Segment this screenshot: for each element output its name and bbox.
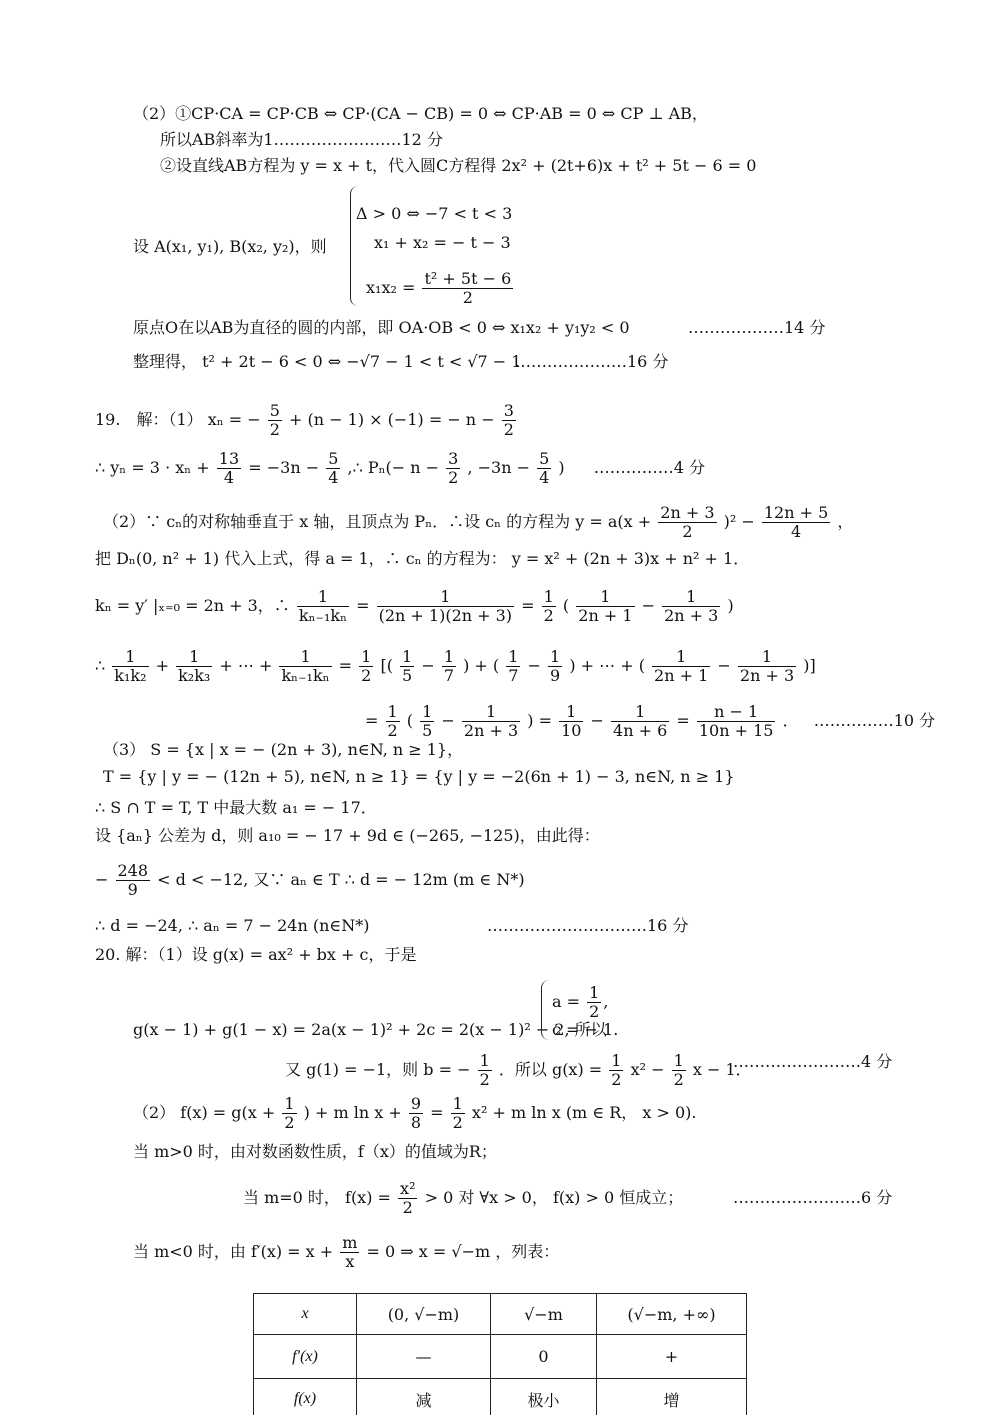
q19-yn: ∴ yₙ = 3 · xₙ + <box>95 458 210 477</box>
frac: 2489 <box>116 862 151 899</box>
frac-num: 9 <box>409 1095 423 1114</box>
frac-den: 2 <box>282 1114 296 1132</box>
table-cell: (√−m, +∞) <box>597 1294 747 1335</box>
frac-num: 1 <box>112 648 148 667</box>
frac-den: x <box>340 1253 359 1271</box>
q19-p3-line4: 设 {aₙ} 公差为 d，则 a₁₀ = − 17 + 9d ∈ (−265, … <box>95 826 600 846</box>
frac-num: m <box>340 1234 359 1253</box>
q19-p3-line2: T = {y | y = − (12n + 5), n∈N, n ≥ 1} = … <box>103 767 735 787</box>
expr: ) + ( <box>463 656 499 675</box>
frac-den: 7 <box>442 667 456 685</box>
q20-header: 20. 解：（1）设 g(x) = ax² + bx + c，于是 <box>95 945 417 965</box>
table-cell: 减 <box>357 1379 491 1415</box>
expr: ∴ <box>95 656 105 675</box>
frac-den: 9 <box>548 667 562 685</box>
expr: − <box>95 870 108 889</box>
frac-den: 2 <box>359 667 373 685</box>
q19-line2: ∴ yₙ = 3 · xₙ + 134 = −3n − 54 ,∴ Pₙ(− n… <box>95 450 705 487</box>
table-cell: 极小 <box>491 1379 597 1415</box>
frac-den: 4 <box>537 469 551 487</box>
frac-num: 1 <box>478 1052 492 1071</box>
q19-p3-line6: ∴ d = −24, ∴ aₙ = 7 − 24n (n∈N*) <box>95 916 369 936</box>
q18-p2-line5: 原点O在以AB为直径的圆的内部，即 OA·OB < 0 ⇔ x₁x₂ + y₁y… <box>133 318 630 338</box>
expr: ． <box>783 711 799 730</box>
frac-den: 2 <box>609 1071 623 1089</box>
q19-header: 19. 解：（1） <box>95 410 203 429</box>
table-cell: √−m <box>491 1294 597 1335</box>
frac: 54 <box>537 450 551 487</box>
frac-num: 1 <box>462 703 520 722</box>
expr: 当 m<0 时，由 f′(x) = x + <box>133 1242 333 1261</box>
frac-den: 2n + 3 <box>662 607 720 625</box>
frac-den: 2 <box>398 1199 417 1217</box>
q18-p2-line1: （2）①CP·CA = CP·CB ⇔ CP·(CA − CB) = 0 ⇔ C… <box>133 104 708 124</box>
frac: 15 <box>420 703 434 740</box>
expr: ) + m ln x + <box>304 1103 402 1122</box>
frac: 1k₂k₃ <box>176 648 212 685</box>
q20-score-6: ……………………6 分 <box>733 1188 892 1208</box>
expr: （2） f(x) = g(x + <box>133 1103 275 1122</box>
q20-score-4: ……………………4 分 <box>733 1052 892 1072</box>
q20-sys-a: a = 12, <box>552 984 608 1021</box>
frac: 2n + 32 <box>658 504 716 541</box>
frac-num: 5 <box>537 450 551 469</box>
expr: < d < −12, 又∵ aₙ ∈ T ∴ d = − 12m (m ∈ N*… <box>157 870 524 889</box>
q20-system-brace <box>541 980 550 1040</box>
frac: 12 <box>609 1052 623 1089</box>
frac-den: 2 <box>451 1114 465 1132</box>
expr: ， <box>837 512 853 531</box>
q20-p2-line1: （2） f(x) = g(x + 12 ) + m ln x + 98 = 12… <box>133 1095 697 1132</box>
frac-den: (2n + 1)(2n + 3) <box>377 607 514 625</box>
expr: + <box>156 656 169 675</box>
q19-p2-line2: 把 Dₙ(0, n² + 1) 代入上式，得 a = 1，∴ cₙ 的方程为： … <box>95 549 749 569</box>
frac-num: 1 <box>297 588 349 607</box>
q18-p2-line4-prefix: 设 A(x₁, y₁), B(x₂, y₂)，则 <box>133 237 327 257</box>
frac-num: 1 <box>662 588 720 607</box>
q19-xn: xₙ = − <box>208 410 261 429</box>
table-row: f′(x) — 0 + <box>254 1335 747 1379</box>
frac: 12 <box>359 648 373 685</box>
expr: , <box>603 992 608 1011</box>
frac-num: 1 <box>451 1095 465 1114</box>
expr: ) <box>727 596 733 615</box>
q20-p2-line2: 当 m>0 时，由对数函数性质，f（x）的值域为R； <box>133 1142 497 1162</box>
q20-p2-line3: 当 m=0 时， f(x) = x²2 > 0 对 ∀x > 0， f(x) >… <box>243 1180 683 1217</box>
frac-den: 4n + 6 <box>611 722 669 740</box>
frac: 12n + 3 <box>662 588 720 625</box>
expr: （2）∵ cₙ的对称轴垂直于 x 轴，且顶点为 Pₙ．∴设 cₙ 的方程为 y … <box>103 512 651 531</box>
frac: 12 <box>672 1052 686 1089</box>
frac: 54 <box>326 450 340 487</box>
frac-num: 5 <box>326 450 340 469</box>
frac: 110 <box>559 703 583 740</box>
frac: 52 <box>268 402 282 439</box>
table-cell: 0 <box>491 1335 597 1379</box>
q18-p2-line2: 所以AB斜率为1……………………12 分 <box>160 130 443 150</box>
frac-den: 2 <box>478 1071 492 1089</box>
expr: kₙ = y′ |ₓ₌₀ = 2n + 3，∴ <box>95 596 290 615</box>
frac: 12n + 1 <box>576 588 634 625</box>
expr: = −3n − <box>248 458 319 477</box>
q20-sys-c: c = − 1. <box>552 1020 618 1039</box>
frac-den: k₁k₂ <box>112 667 148 685</box>
monotonicity-table: x (0, √−m) √−m (√−m, +∞) f′(x) — 0 + f(x… <box>253 1293 747 1415</box>
frac-den: 10n + 15 <box>697 722 776 740</box>
expr: − <box>591 711 604 730</box>
table-cell: f′(x) <box>254 1335 357 1379</box>
expr: = <box>365 711 378 730</box>
frac-num: 1 <box>587 984 601 1003</box>
table-cell: (0, √−m) <box>357 1294 491 1335</box>
q20-line2: g(x − 1) + g(1 − x) = 2a(x − 1)² + 2c = … <box>133 1020 607 1040</box>
frac-den: 2 <box>422 289 513 307</box>
frac-den: 2 <box>542 607 556 625</box>
frac: 12 <box>587 984 601 1021</box>
frac-den: 2 <box>502 421 516 439</box>
expr: 又 g(1) = −1，则 b = − <box>285 1060 470 1079</box>
frac-den: 4 <box>762 523 830 541</box>
frac-num: 1 <box>672 1052 686 1071</box>
frac-den: 5 <box>400 667 414 685</box>
frac-den: 2 <box>268 421 282 439</box>
frac-num: 1 <box>576 588 634 607</box>
frac-num: t² + 5t − 6 <box>422 270 513 289</box>
frac-den: 2n + 1 <box>652 667 710 685</box>
frac-num: 1 <box>282 1095 296 1114</box>
q19-sum-line2: = 12 ( 15 − 12n + 3 ) = 110 − 14n + 6 = … <box>365 703 935 740</box>
frac-num: 1 <box>738 648 796 667</box>
expr: = <box>676 711 689 730</box>
frac-num: 1 <box>506 648 520 667</box>
frac-den: 2n + 3 <box>462 722 520 740</box>
expr: − <box>441 711 454 730</box>
frac: 12 <box>451 1095 465 1132</box>
frac-num: 1 <box>609 1052 623 1071</box>
frac-num: 1 <box>279 648 331 667</box>
table-cell: f(x) <box>254 1379 357 1415</box>
expr: ,∴ Pₙ(− n − <box>347 458 439 477</box>
q20-line3: 又 g(1) = −1，则 b = − 12 ．所以 g(x) = 12 x² … <box>285 1052 752 1089</box>
frac: 98 <box>409 1095 423 1132</box>
q19-score-16: …………………………16 分 <box>487 916 688 936</box>
q18-p2-line3: ②设直线AB方程为 y = x + t，代入圆C方程得 2x² + (2t+6)… <box>160 156 756 176</box>
expr: > 0 对 ∀x > 0， f(x) > 0 恒成立； <box>425 1188 684 1207</box>
frac: 1k₁k₂ <box>112 648 148 685</box>
frac-num: 1 <box>542 588 556 607</box>
frac-num: 3 <box>446 450 460 469</box>
frac-den: 2 <box>672 1071 686 1089</box>
frac: 14n + 6 <box>611 703 669 740</box>
frac-den: 10 <box>559 722 583 740</box>
frac-num: 1 <box>386 703 400 722</box>
expr: − <box>528 656 541 675</box>
frac-den: 2 <box>446 469 460 487</box>
expr: )] <box>803 656 815 675</box>
q19-score-10: ……………10 分 <box>814 711 935 730</box>
frac: x²2 <box>398 1180 417 1217</box>
q19-p2-line1: （2）∵ cₙ的对称轴垂直于 x 轴，且顶点为 Pₙ．∴设 cₙ 的方程为 y … <box>103 504 853 541</box>
expr: ( <box>563 596 569 615</box>
table-row: x (0, √−m) √−m (√−m, +∞) <box>254 1294 747 1335</box>
frac-den: 9 <box>116 881 151 899</box>
frac: 12 <box>478 1052 492 1089</box>
frac-num: 3 <box>502 402 516 421</box>
frac: n − 110n + 15 <box>697 703 776 740</box>
frac-num: 1 <box>652 648 710 667</box>
q18-score-16: …………………16 分 <box>515 352 668 372</box>
frac-num: 1 <box>548 648 562 667</box>
frac-den: 2 <box>587 1003 601 1021</box>
q18-sys-frac: t² + 5t − 62 <box>422 270 513 307</box>
q18-score-14: ………………14 分 <box>688 318 825 338</box>
frac: 19 <box>548 648 562 685</box>
expr: ．所以 g(x) = <box>499 1060 602 1079</box>
q18-sys-line1: Δ > 0 ⇔ −7 < t < 3 <box>356 204 512 223</box>
frac-num: n − 1 <box>697 703 776 722</box>
frac: 17 <box>506 648 520 685</box>
expr: )² − <box>724 512 755 531</box>
frac-den: kₙ₋₁kₙ <box>297 607 349 625</box>
frac-num: 1 <box>176 648 212 667</box>
frac-num: x² <box>398 1180 417 1199</box>
frac-den: 4 <box>326 469 340 487</box>
q19-p2-line3: kₙ = y′ |ₓ₌₀ = 2n + 3，∴ 1kₙ₋₁kₙ = 1(2n +… <box>95 588 734 625</box>
table-cell: x <box>254 1294 357 1335</box>
q19-p3-line5: − 2489 < d < −12, 又∵ aₙ ∈ T ∴ d = − 12m … <box>95 862 525 899</box>
q18-sys-line3-lhs: x₁x₂ = <box>366 278 415 297</box>
frac-num: 5 <box>268 402 282 421</box>
expr: − <box>717 656 730 675</box>
frac-den: 2 <box>386 722 400 740</box>
frac-num: 1 <box>611 703 669 722</box>
frac-num: 1 <box>559 703 583 722</box>
expr: = <box>521 596 534 615</box>
table-row: f(x) 减 极小 增 <box>254 1379 747 1415</box>
frac-num: 248 <box>116 862 151 881</box>
frac-num: 1 <box>400 648 414 667</box>
frac-num: 1 <box>442 648 456 667</box>
expr: [( <box>380 656 392 675</box>
expr: ( <box>407 711 413 730</box>
expr: x² + m ln x (m ∈ R， x > 0). <box>472 1103 697 1122</box>
frac-den: k₂k₃ <box>176 667 212 685</box>
expr: ) <box>558 458 564 477</box>
expr: , −3n − <box>467 458 530 477</box>
q18-slope-text: 所以AB斜率为1 <box>160 130 274 149</box>
expr: = <box>339 656 352 675</box>
q20-p2-line4: 当 m<0 时，由 f′(x) = x + mx = 0 ⇒ x = √−m ，… <box>133 1234 559 1271</box>
frac: 12n + 3 <box>738 648 796 685</box>
q18-score-12: ……………………12 分 <box>274 130 443 149</box>
q18-p2-line6: 整理得， t² + 2t − 6 < 0 ⇔ −√7 − 1 < t < √7 … <box>133 352 521 372</box>
q19-p3-line1: （3） S = {x | x = − (2n + 3), n∈N, n ≥ 1}… <box>103 740 463 760</box>
frac: 32 <box>502 402 516 439</box>
table-cell: + <box>597 1335 747 1379</box>
q19-score-4: ……………4 分 <box>594 458 705 477</box>
frac-den: 2n + 1 <box>576 607 634 625</box>
q18-sys-line3: x₁x₂ = t² + 5t − 62 <box>366 270 515 307</box>
frac: 32 <box>446 450 460 487</box>
expr: a = <box>552 992 580 1011</box>
frac: 15 <box>400 648 414 685</box>
frac-num: 12n + 5 <box>762 504 830 523</box>
frac-num: 1 <box>420 703 434 722</box>
frac: 12 <box>542 588 556 625</box>
frac: 17 <box>442 648 456 685</box>
expr: 当 m=0 时， f(x) = <box>243 1188 391 1207</box>
frac: 1kₙ₋₁kₙ <box>279 648 331 685</box>
expr: = <box>430 1103 443 1122</box>
frac-num: 1 <box>359 648 373 667</box>
frac: 12 <box>282 1095 296 1132</box>
expr: = <box>356 596 369 615</box>
expr: − <box>421 656 434 675</box>
frac-num: 13 <box>217 450 241 469</box>
frac-den: 7 <box>506 667 520 685</box>
frac-den: kₙ₋₁kₙ <box>279 667 331 685</box>
frac-den: 2n + 3 <box>738 667 796 685</box>
frac-num: 2n + 3 <box>658 504 716 523</box>
expr: + ⋯ + <box>219 656 272 675</box>
frac: 1(2n + 1)(2n + 3) <box>377 588 514 625</box>
table-cell: — <box>357 1335 491 1379</box>
expr: ) + ⋯ + ( <box>569 656 645 675</box>
frac-den: 4 <box>217 469 241 487</box>
frac-den: 8 <box>409 1114 423 1132</box>
q18-sys-line2: x₁ + x₂ = − t − 3 <box>374 233 511 252</box>
frac: 12n + 1 <box>652 648 710 685</box>
q19-line1: 19. 解：（1） xₙ = − 52 + (n − 1) × (−1) = −… <box>95 402 518 439</box>
q19-expr: + (n − 1) × (−1) = − n − <box>289 410 495 429</box>
frac: 1kₙ₋₁kₙ <box>297 588 349 625</box>
q19-p3-line3: ∴ S ∩ T = T, T 中最大数 a₁ = − 17． <box>95 798 377 818</box>
expr: x² − <box>631 1060 665 1079</box>
frac: 12 <box>386 703 400 740</box>
frac-num: 1 <box>377 588 514 607</box>
frac: mx <box>340 1234 359 1271</box>
frac: 134 <box>217 450 241 487</box>
frac-den: 2 <box>658 523 716 541</box>
expr: ) = <box>527 711 552 730</box>
expr: = 0 ⇒ x = √−m ，列表： <box>367 1242 560 1261</box>
table-cell: 增 <box>597 1379 747 1415</box>
frac: 12n + 54 <box>762 504 830 541</box>
frac-den: 5 <box>420 722 434 740</box>
q19-sum-line1: ∴ 1k₁k₂ + 1k₂k₃ + ⋯ + 1kₙ₋₁kₙ = 12 [( 15… <box>95 648 816 685</box>
frac: 12n + 3 <box>462 703 520 740</box>
expr: − <box>642 596 655 615</box>
